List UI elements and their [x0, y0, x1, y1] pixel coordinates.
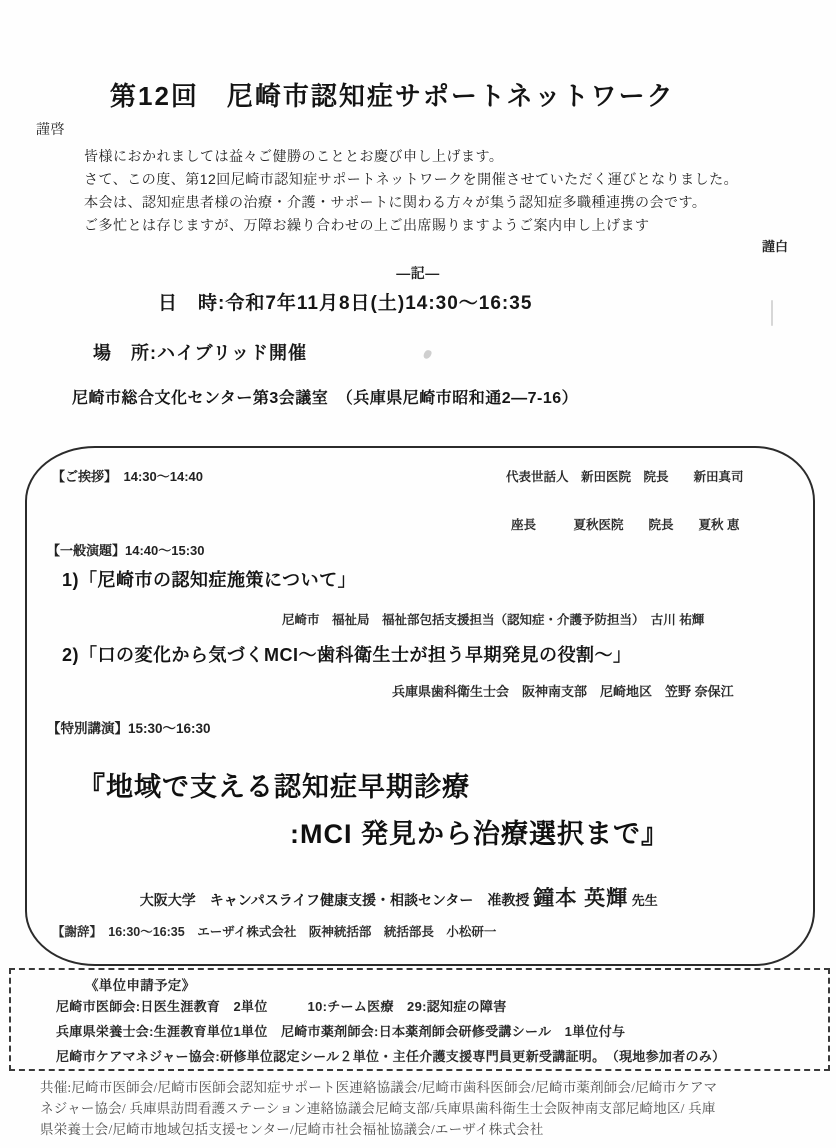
scan-artifact-smudge [423, 349, 433, 360]
session2-title: 2)「口の変化から気づくMCI～歯科衛生士が担う早期発見の役割～」 [62, 641, 632, 667]
venue-line: 尼崎市総合文化センター第3会議室 （兵庫県尼崎市昭和通2—7-16） [72, 385, 578, 408]
special-lecture-speaker-line: 大阪大学 キャンパスライフ健康支援・相談センター 准教授 鐘本 英輝 先生 [122, 864, 658, 930]
page-title: 第12回 尼崎市認知症サポートネットワーク [110, 76, 675, 113]
salutation-open: 謹啓 [36, 119, 65, 139]
greeting-line-3: 本会は、認知症患者様の治療・介護・サポートに関わる方々が集う認知症多職種連携の会… [84, 192, 706, 212]
credits-line-1: 尼崎市医師会:日医生涯教育 2単位 10:チーム医療 29:認知症の障害 [56, 996, 507, 1015]
scanned-flyer-page: 第12回 尼崎市認知症サポートネットワーク 謹啓 皆様におかれましては益々ご健勝… [0, 0, 836, 1148]
cosponsors-line-1: 共催:尼崎市医師会/尼崎市医師会認知症サポート医連絡協議会/尼崎市歯科医師会/尼… [40, 1076, 717, 1096]
special-lecture-title-line2: :MCI 発見から治療選択まで』 [290, 812, 669, 851]
salutation-close: 謹白 [762, 236, 788, 255]
session1-title: 1)「尼崎市の認知症施策について」 [62, 566, 356, 592]
special-lecture-affiliation: 大阪大学 キャンパスライフ健康支援・相談センター 准教授 [140, 892, 534, 908]
credits-line-3: 尼崎市ケアマネジャー協会:研修単位認定シール２単位・主任介護支援専門員更新受講証… [56, 1046, 725, 1065]
special-lecture-speaker-name: 鐘本 英輝 [533, 887, 628, 910]
credits-line-2: 兵庫県栄養士会:生涯教育単位1単位 尼崎市薬剤師会:日本薬剤師会研修受講シール … [56, 1021, 625, 1040]
program-special-label: 【特別講演】15:30～16:30 [47, 717, 211, 737]
session1-speaker: 尼崎市 福祉局 福祉部包括支援担当（認知症・介護予防担当） 古川 祐輝 [282, 610, 704, 628]
cosponsors-line-2: ネジャー協会/ 兵庫県訪問看護ステーション連絡協議会尼崎支部/兵庫県歯科衛生士会… [40, 1097, 716, 1117]
place-line: 場 所:ハイブリッド開催 [93, 339, 307, 365]
program-general-label: 【一般演題】14:40～15:30 [47, 540, 205, 559]
program-greeting-chair: 座長 夏秋医院 院長 夏秋 恵 [511, 515, 739, 533]
greeting-line-2: さて、この度、第12回尼崎市認知症サポートネットワークを開催させていただく運びと… [84, 169, 738, 189]
greeting-line-1: 皆様におかれましては益々ご健勝のこととお慶び申し上げます。 [84, 146, 503, 166]
program-thanks-line: 【謝辞】 16:30～16:35 エーザイ株式会社 阪神統括部 統括部長 小松研… [52, 922, 496, 940]
record-divider: —記— [0, 263, 836, 283]
session2-speaker: 兵庫県歯科衛生士会 阪神南支部 尼崎地区 笠野 奈保江 [392, 681, 734, 700]
cosponsors-line-3: 県栄養士会/尼崎市地域包括支援センター/尼崎市社会福祉協議会/エーザイ株式会社 [40, 1118, 544, 1138]
special-lecture-title-line1: 『地域で支える認知症早期診療 [78, 765, 470, 804]
credits-heading: 《単位申請予定》 [85, 974, 195, 994]
scan-artifact-line [771, 300, 773, 326]
datetime-line: 日 時:令和7年11月8日(土)14:30～16:35 [158, 288, 532, 315]
greeting-line-4: ご多忙とは存じますが、万障お繰り合わせの上ご出席賜りますようご案内申し上げます [84, 215, 650, 235]
program-greeting-host: 代表世話人 新田医院 院長 新田真司 [506, 467, 744, 485]
program-greeting-label: 【ご挨拶】 14:30～14:40 [52, 466, 203, 485]
special-lecture-speaker-suffix: 先生 [628, 893, 658, 908]
